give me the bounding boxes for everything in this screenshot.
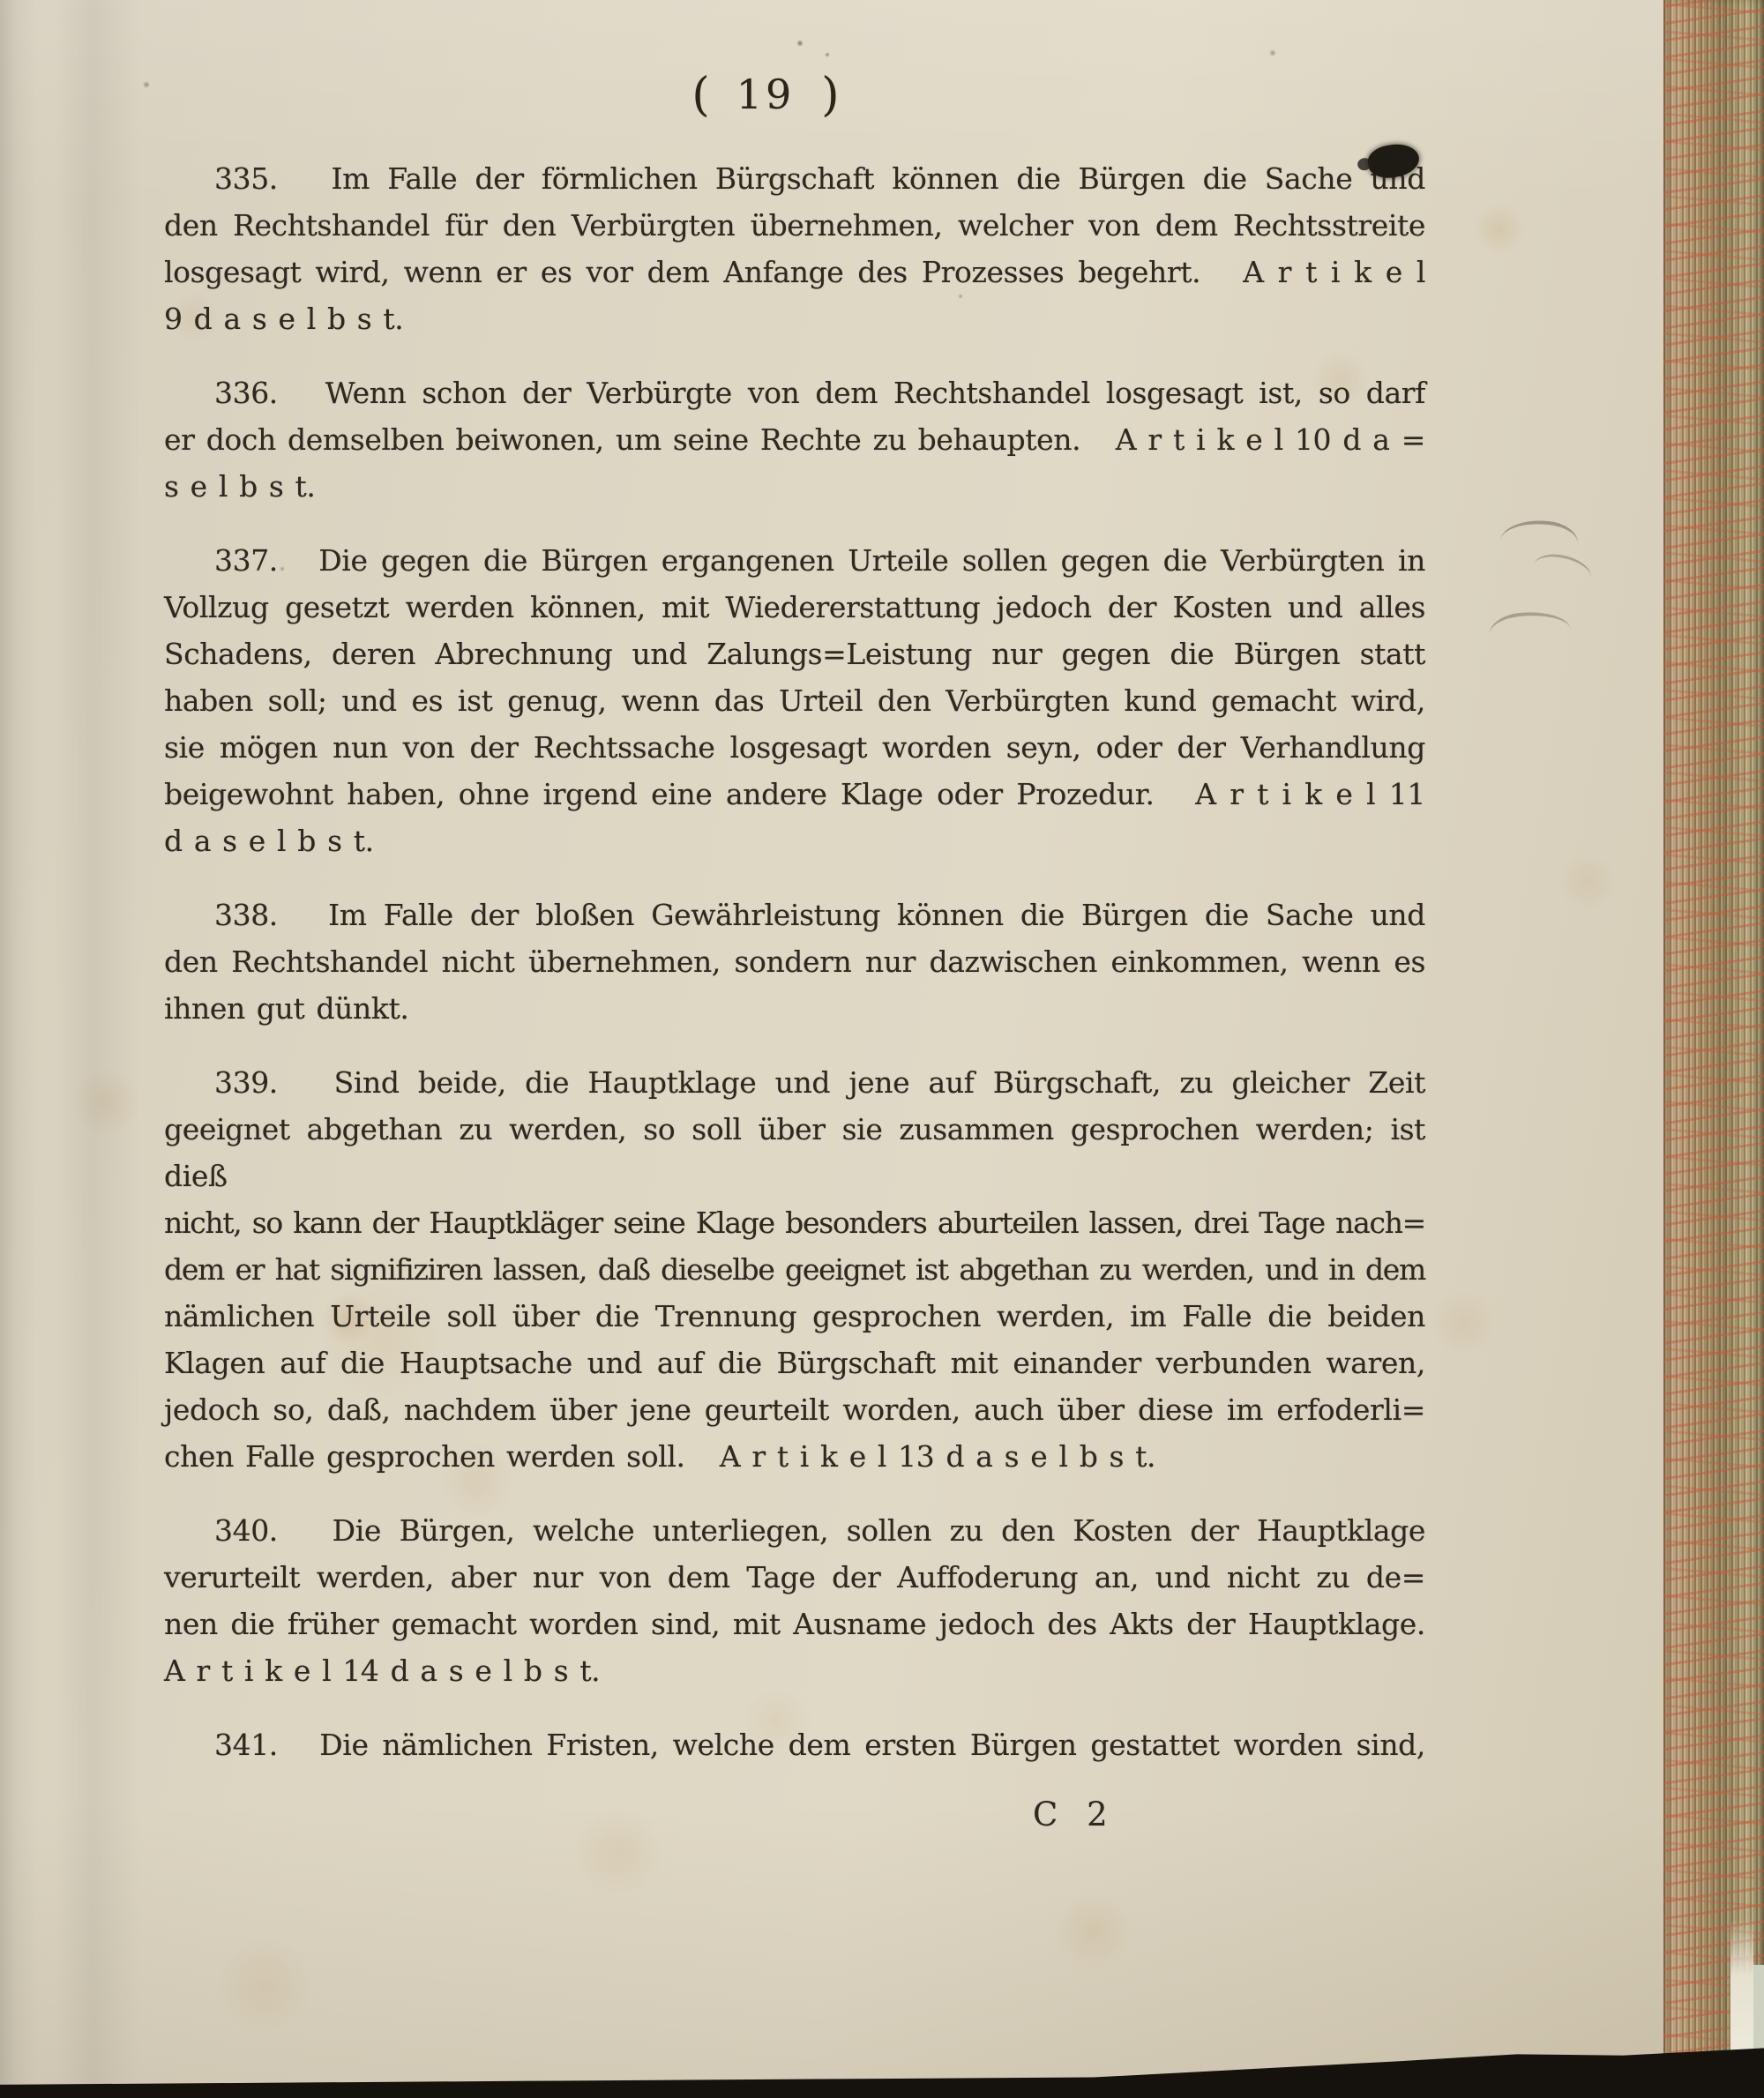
- text-line: dem er hat signifiziren lassen, daß dies…: [164, 1246, 1425, 1293]
- text-line: nen die früher gemacht worden sind, mit …: [164, 1601, 1425, 1647]
- paragraph-341: 341. Die nämlichen Fristen, welche dem e…: [164, 1721, 1425, 1768]
- text-line: 339. Sind beide, die Hauptklage und jene…: [164, 1059, 1425, 1106]
- page-left-shadow: [0, 0, 141, 2098]
- paragraph-336: 336. Wenn schon der Verbürgte von dem Re…: [164, 370, 1425, 510]
- text-line: 340. Die Bürgen, welche unterliegen, sol…: [164, 1507, 1425, 1554]
- paragraph-340: 340. Die Bürgen, welche unterliegen, sol…: [164, 1507, 1425, 1694]
- text-line: geeignet abgethan zu werden, so soll übe…: [164, 1106, 1425, 1199]
- paragraph-335: 335. Im Falle der förmlichen Bürgschaft …: [164, 155, 1425, 342]
- paragraph-337: 337. Die gegen die Bürgen ergangenen Urt…: [164, 537, 1425, 864]
- text-line: jedoch so, daß, nachdem über jene geurte…: [164, 1386, 1425, 1433]
- text-line: sie mögen nun von der Rechtssache losges…: [164, 724, 1425, 771]
- text-line: s e l b s t.: [164, 463, 1425, 510]
- text-line: verurteilt werden, aber nur von dem Tage…: [164, 1554, 1425, 1601]
- text-line: 338. Im Falle der bloßen Gewährleistung …: [164, 892, 1425, 938]
- text-line: A r t i k e l 14 d a s e l b s t.: [164, 1647, 1425, 1694]
- text-line: ihnen gut dünkt.: [164, 985, 1425, 1032]
- scanned-book-photo: (19) 335. Im Falle der förmlichen Bürgsc…: [0, 0, 1764, 2098]
- paragraph-338: 338. Im Falle der bloßen Gewährleistung …: [164, 892, 1425, 1032]
- signature-mark: C 2: [1033, 1796, 1425, 1833]
- page-number-value: 19: [736, 71, 796, 118]
- text-line: Klagen auf die Hauptsache und auf die Bü…: [164, 1340, 1425, 1386]
- text-line: 337. Die gegen die Bürgen ergangenen Urt…: [164, 537, 1425, 584]
- text-line: nämlichen Urteile soll über die Trennung…: [164, 1293, 1425, 1340]
- paren-close: ): [821, 69, 839, 122]
- text-line: nicht, so kann der Hauptkläger seine Kla…: [164, 1199, 1425, 1246]
- text-line: 9 d a s e l b s t.: [164, 295, 1425, 342]
- text-column: 335. Im Falle der förmlichen Bürgschaft …: [164, 155, 1425, 1833]
- margin-pencil-mark: [1500, 516, 1580, 549]
- paragraph-339: 339. Sind beide, die Hauptklage und jene…: [164, 1059, 1425, 1480]
- text-line: d a s e l b s t.: [164, 818, 1425, 864]
- margin-pencil-mark: [1534, 549, 1595, 579]
- book-page: (19) 335. Im Falle der förmlichen Bürgsc…: [0, 0, 1764, 2098]
- text-line: beigewohnt haben, ohne irgend eine ander…: [164, 771, 1425, 818]
- book-fore-edge: [1663, 0, 1764, 2098]
- page-number: (19): [135, 67, 1396, 120]
- text-line: losgesagt wird, wenn er es vor dem Anfan…: [164, 249, 1425, 295]
- margin-pencil-mark: [1488, 608, 1571, 637]
- text-line: Schadens, deren Abrechnung und Zalungs=L…: [164, 631, 1425, 677]
- page-edge-highlight: [1730, 1917, 1753, 2064]
- text-line: haben soll; und es ist genug, wenn das U…: [164, 677, 1425, 724]
- text-line: den Rechtshandel für den Verbürgten über…: [164, 202, 1425, 249]
- text-line: 335. Im Falle der förmlichen Bürgschaft …: [164, 155, 1425, 202]
- text-line: er doch demselben beiwonen, um seine Rec…: [164, 416, 1425, 463]
- text-line: 336. Wenn schon der Verbürgte von dem Re…: [164, 370, 1425, 416]
- text-line: den Rechtshandel nicht übernehmen, sonde…: [164, 938, 1425, 985]
- text-line: 341. Die nämlichen Fristen, welche dem e…: [164, 1721, 1425, 1768]
- text-line: chen Falle gesprochen werden soll. A r t…: [164, 1433, 1425, 1480]
- text-line: Vollzug gesetzt werden können, mit Wiede…: [164, 584, 1425, 631]
- paren-open: (: [691, 69, 709, 122]
